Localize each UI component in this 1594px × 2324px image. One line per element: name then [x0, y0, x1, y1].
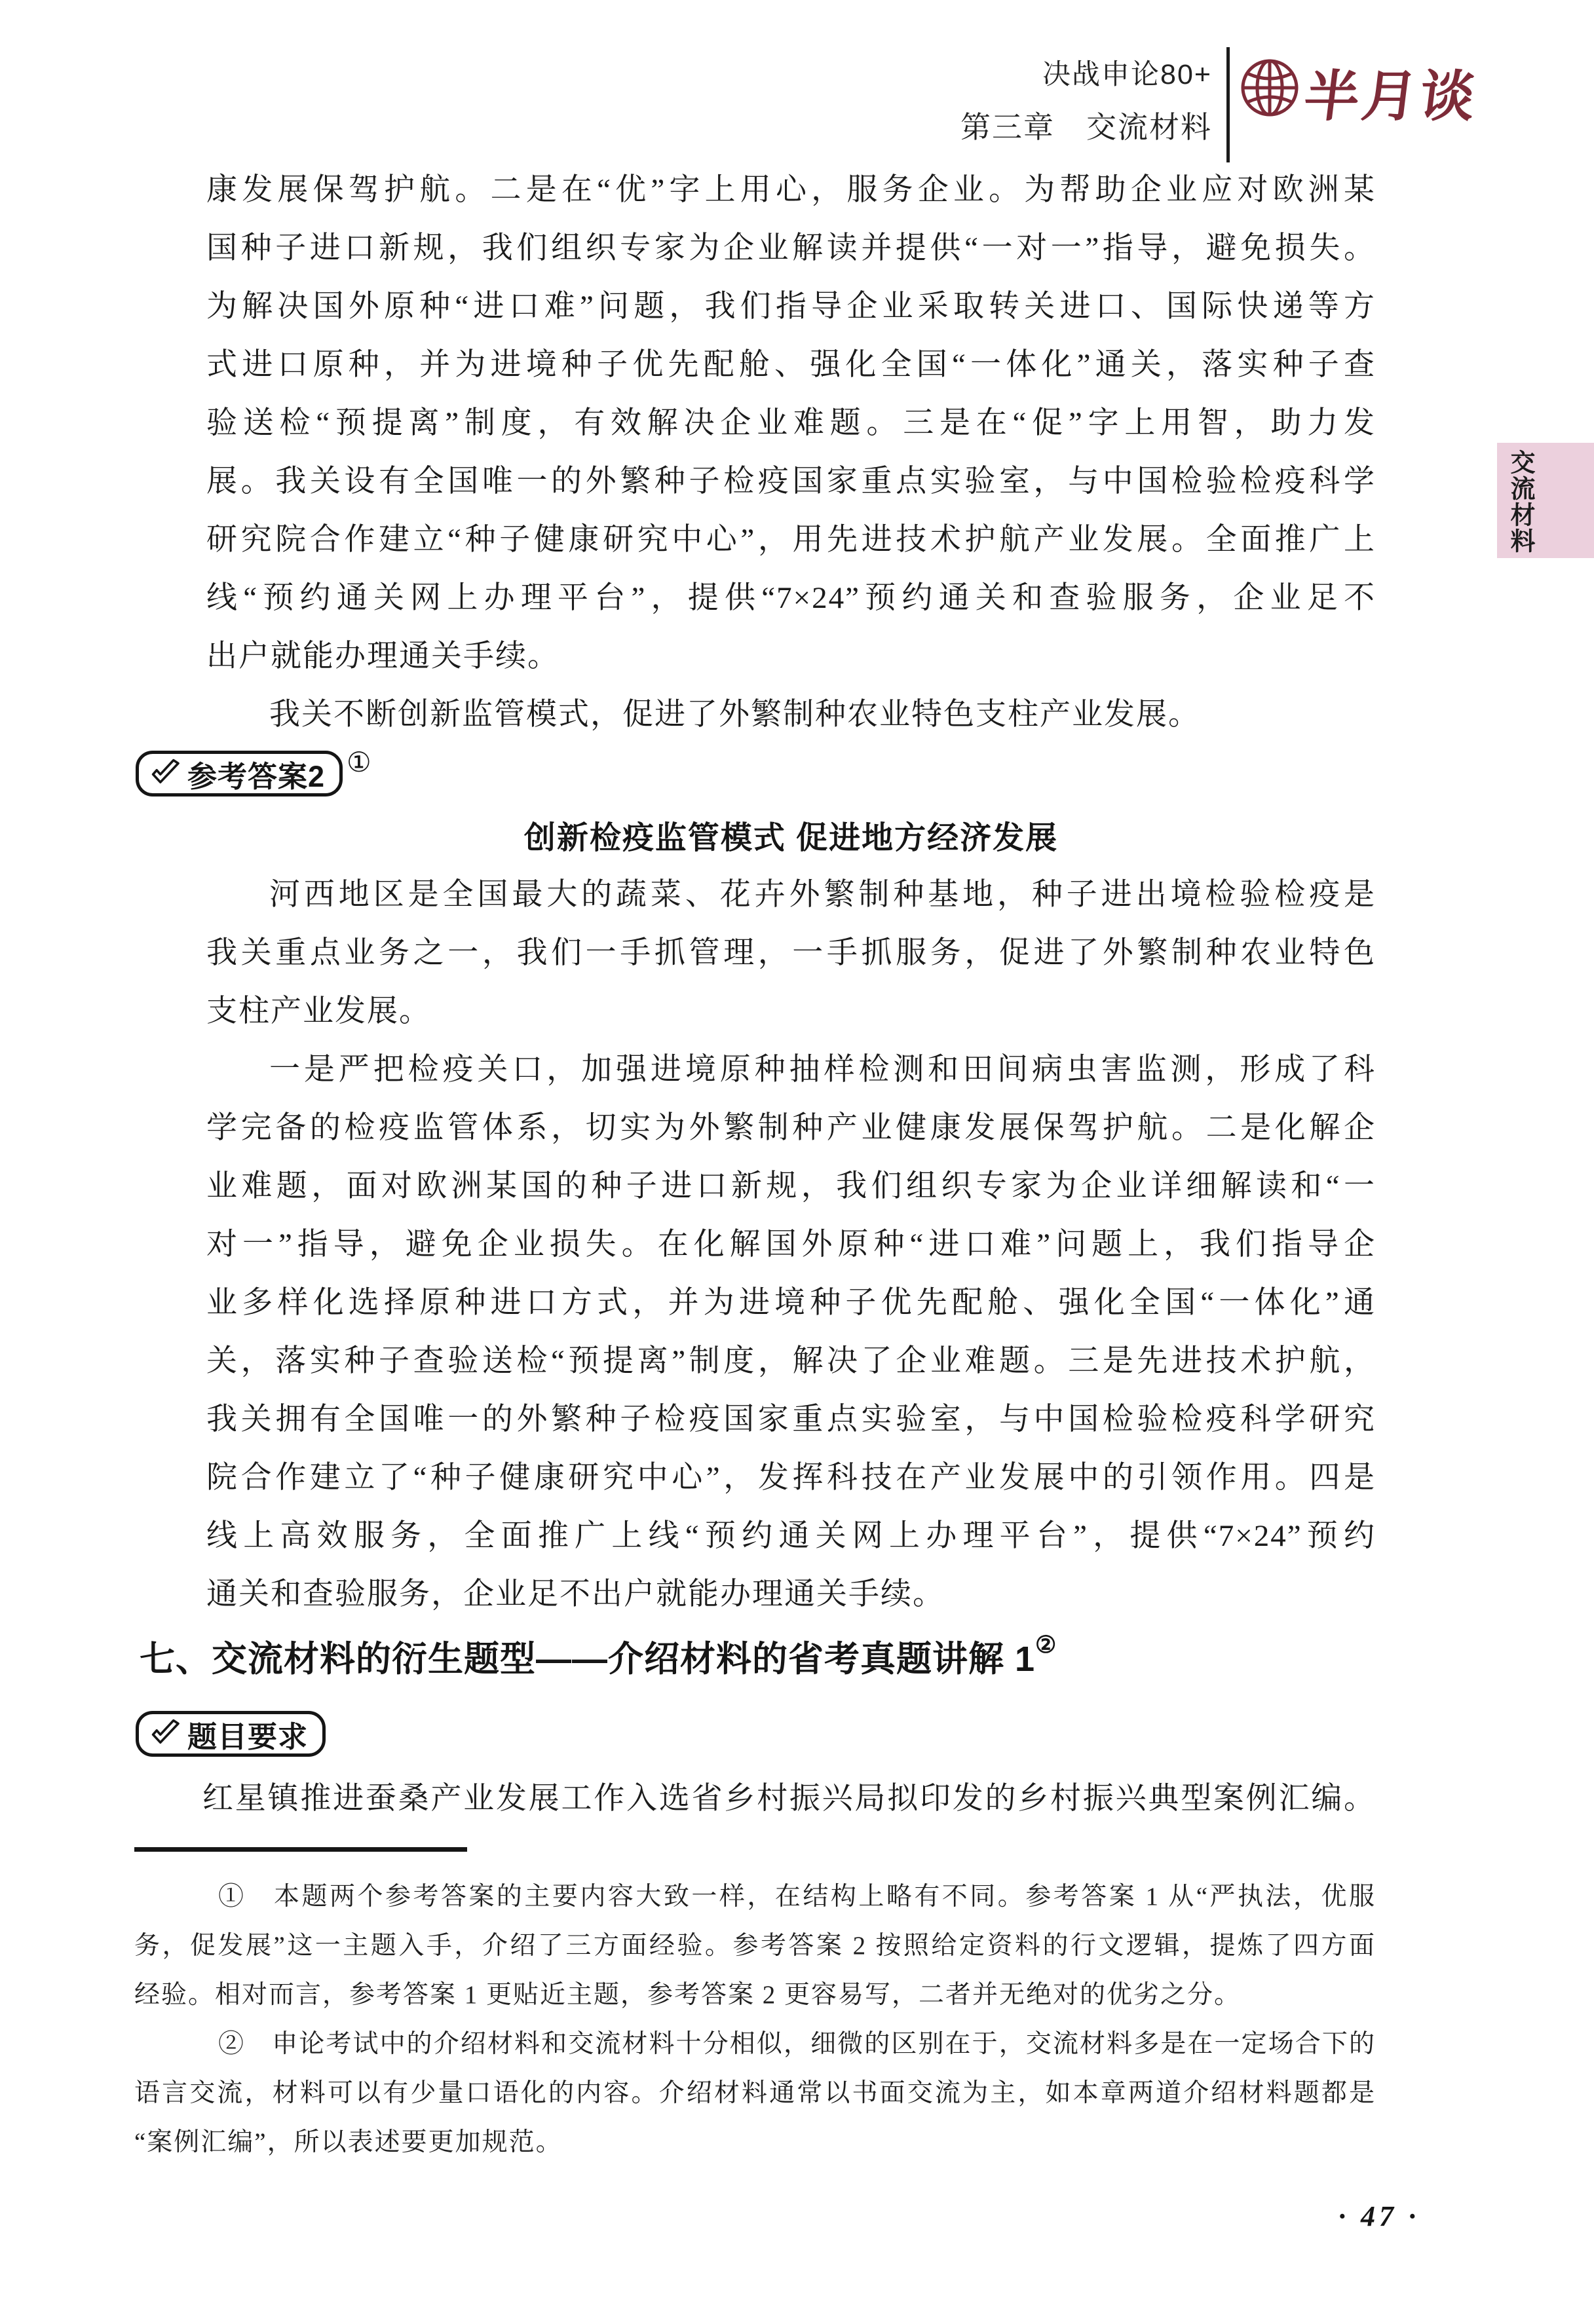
- requirements-paragraph: 红星镇推进蚕桑产业发展工作入选省乡村振兴局拟印发的乡村振兴典型案例汇编。: [140, 1770, 1376, 1828]
- reference-answer2-marker: 参考答案2 ①: [136, 751, 371, 797]
- text-line: 业难题，面对欧洲某国的种子进口新规，我们组织专家为企业详细解读和“一: [206, 1157, 1376, 1216]
- text-line: 我关不断创新监管模式，促进了外繁制种农业特色支柱产业发展。: [206, 686, 1376, 744]
- text-line: 对一”指导，避免企业损失。在化解国外原种“进口难”问题上，我们指导企: [206, 1216, 1376, 1274]
- text-line: 学完备的检疫监管体系，切实为外繁制种产业健康发展保驾护航。二是化解企: [206, 1099, 1376, 1157]
- answer1-continuation-paragraph: 康发展保驾护航。二是在“优”字上用心，服务企业。为帮助企业应对欧洲某 国种子进口…: [206, 161, 1376, 686]
- text-line: 国种子进口新规，我们组织专家为企业解读并提供“一对一”指导，避免损失。: [206, 219, 1376, 278]
- text-line: 线上高效服务，全面推广上线“预约通关网上办理平台”，提供“7×24”预约: [206, 1507, 1376, 1565]
- footnote-2: ② 申论考试中的介绍材料和交流材料十分相似，细微的区别在于，交流材料多是在一定场…: [134, 2019, 1376, 2167]
- text-line: 我关重点业务之一，我们一手抓管理，一手抓服务，促进了外繁制种农业特色: [206, 924, 1376, 983]
- section-heading-text: 七、交流材料的衍生题型——介绍材料的省考真题讲解 1: [140, 1640, 1035, 1679]
- text-line: 线“预约通关网上办理平台”，提供“7×24”预约通关和查验服务，企业足不: [206, 569, 1376, 628]
- text-line: 验送检“预提离”制度，有效解决企业难题。三是在“促”字上用智，助力发: [206, 394, 1376, 453]
- footnote-reference: ①: [347, 749, 371, 777]
- text-line: 我关拥有全国唯一的外繁种子检疫国家重点实验室，与中国检验检疫科学研究: [206, 1391, 1376, 1449]
- text-line: 通关和查验服务，企业足不出户就能办理通关手续。: [206, 1565, 1376, 1624]
- footnote-line: ① 本题两个参考答案的主要内容大致一样，在结构上略有不同。参考答案 1 从“严执…: [134, 1872, 1376, 1921]
- text-line: 研究院合作建立“种子健康研究中心”，用先进技术护航产业发展。全面推广上: [206, 511, 1376, 569]
- answer1-closing-paragraph: 我关不断创新监管模式，促进了外繁制种农业特色支柱产业发展。: [206, 686, 1376, 744]
- checkmark-icon: [149, 759, 181, 789]
- section-heading: 七、交流材料的衍生题型——介绍材料的省考真题讲解 1②: [140, 1631, 1437, 1681]
- text-line: 式进口原种，并为进境种子优先配舱、强化全国“一体化”通关，落实种子查: [206, 336, 1376, 394]
- text-line: 院合作建立了“种子健康研究中心”，发挥科技在产业发展中的引领作用。四是: [206, 1449, 1376, 1507]
- footnote-line: ② 申论考试中的介绍材料和交流材料十分相似，细微的区别在于，交流材料多是在一定场…: [134, 2019, 1376, 2069]
- text-line: 红星镇推进蚕桑产业发展工作入选省乡村振兴局拟印发的乡村振兴典型案例汇编。: [140, 1770, 1376, 1828]
- checkmark-icon: [149, 1719, 181, 1750]
- answer2-paragraph2: 一是严把检疫关口，加强进境原种抽样检测和田间病虫害监测，形成了科 学完备的检疫监…: [206, 1041, 1376, 1624]
- answer2-title: 创新检疫监管模式 促进地方经济发展: [206, 812, 1376, 865]
- marker-box: 题目要求: [136, 1711, 326, 1757]
- marker-box: 参考答案2: [136, 751, 343, 797]
- text-line: 河西地区是全国最大的蔬菜、花卉外繁制种基地，种子进出境检验检疫是: [206, 866, 1376, 924]
- text-line: 业多样化选择原种进口方式，并为进境种子优先配舱、强化全国“一体化”通: [206, 1274, 1376, 1332]
- text-line: 出户就能办理通关手续。: [206, 628, 1376, 686]
- text-line: 展。我关设有全国唯一的外繁种子检疫国家重点实验室，与中国检验检疫科学: [206, 453, 1376, 511]
- footnote-line: 语言交流，材料可以有少量口语化的内容。介绍材料通常以书面交流为主，如本章两道介绍…: [134, 2069, 1376, 2118]
- footnote-line: “案例汇编”，所以表述要更加规范。: [134, 2118, 1376, 2167]
- logo-wordmark: 半月谈: [1300, 52, 1483, 132]
- answer2-paragraph1: 河西地区是全国最大的蔬菜、花卉外繁制种基地，种子进出境检验检疫是 我关重点业务之…: [206, 866, 1376, 1041]
- question-requirements-marker: 题目要求: [136, 1711, 326, 1757]
- globe-icon: [1240, 58, 1300, 121]
- header-divider: [1226, 47, 1230, 162]
- book-page: 决战申论80+ 第三章 交流材料 半月谈 交流材料 康发展保驾护航。二是在“优”…: [0, 0, 1594, 2324]
- footnote-line: 经验。相对而言，参考答案 1 更贴近主题，参考答案 2 更容易写，二者并无绝对的…: [134, 1970, 1376, 2019]
- chapter-side-tab: 交流材料: [1497, 443, 1594, 558]
- text-line: 支柱产业发展。: [206, 983, 1376, 1041]
- footnote-line: 务，促发展”这一主题入手，介绍了三方面经验。参考答案 2 按照给定资料的行文逻辑…: [134, 1921, 1376, 1970]
- footnote-1: ① 本题两个参考答案的主要内容大致一样，在结构上略有不同。参考答案 1 从“严执…: [134, 1872, 1376, 2019]
- marker-label: 参考答案2: [187, 753, 325, 795]
- header-chapter-title: 第三章 交流材料: [884, 103, 1212, 147]
- footnote-reference: ②: [1035, 1631, 1057, 1658]
- page-number: · 47 ·: [1304, 2200, 1454, 2233]
- text-line: 一是严把检疫关口，加强进境原种抽样检测和田间病虫害监测，形成了科: [206, 1041, 1376, 1099]
- header-series-title: 决战申论80+: [884, 52, 1212, 92]
- footnote-separator: [134, 1847, 467, 1852]
- marker-label: 题目要求: [187, 1713, 308, 1755]
- text-line: 康发展保驾护航。二是在“优”字上用心，服务企业。为帮助企业应对欧洲某: [206, 161, 1376, 219]
- publisher-logo: 半月谈: [1240, 51, 1521, 143]
- side-tab-label: 交流材料: [1502, 449, 1538, 554]
- text-line: 关，落实种子查验送检“预提离”制度，解决了企业难题。三是先进技术护航，: [206, 1332, 1376, 1391]
- text-line: 为解决国外原种“进口难”问题，我们指导企业采取转关进口、国际快递等方: [206, 278, 1376, 336]
